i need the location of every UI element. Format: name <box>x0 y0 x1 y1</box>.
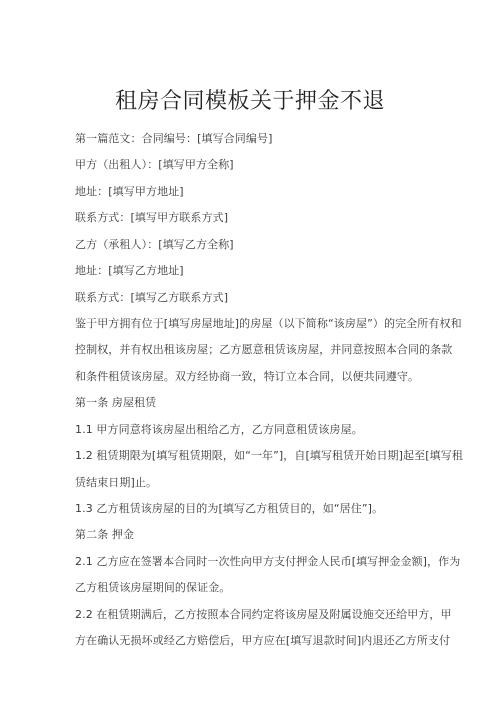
clause-2-2-b: 方在确认无损坏或经乙方赔偿后，甲方应在[填写退款时间]内退还乙方所支付 <box>75 632 450 648</box>
line-party-a-name: 甲方（出租人）：[填写甲方全称] <box>75 156 234 172</box>
line-party-a-contact: 联系方式：[填写甲方联系方式] <box>75 209 228 225</box>
document-title: 租房合同模板关于押金不退 <box>0 84 500 115</box>
clause-2-1-a: 2.1 乙方应在签署本合同时一次性向甲方支付押金人民币[填写押金金额]，作为 <box>75 553 460 569</box>
line-party-a-address: 地址：[填写甲方地址] <box>75 183 184 199</box>
line-party-b-address: 地址：[填写乙方地址] <box>75 262 184 278</box>
clause-1-1: 1.1 甲方同意将该房屋出租给乙方，乙方同意租赁该房屋。 <box>75 421 363 437</box>
line-preamble-2: 控制权，并有权出租该房屋；乙方愿意租赁该房屋，并同意按照本合同的条款 <box>75 341 452 357</box>
document-page: 租房合同模板关于押金不退 第一篇范文：合同编号：[填写合同编号] 甲方（出租人）… <box>0 0 500 707</box>
clause-2-1-b: 乙方租赁该房屋期间的保证金。 <box>75 579 230 595</box>
line-contract-number: 第一篇范文：合同编号：[填写合同编号] <box>75 130 272 146</box>
clause-1-2-a: 1.2 租赁期限为[填写租赁期限，如“一年”]，自[填写租赁开始日期]起至[填写… <box>75 447 463 463</box>
article-1-heading: 第一条 房屋租赁 <box>75 394 156 410</box>
line-preamble-1: 鉴于甲方拥有位于[填写房屋地址]的房屋（以下简称“该房屋”）的完全所有权和 <box>75 315 462 331</box>
clause-1-3: 1.3 乙方租赁该房屋的目的为[填写乙方租赁目的，如“居住”]。 <box>75 500 383 516</box>
clause-2-2-a: 2.2 在租赁期满后，乙方按照本合同约定将该房屋及附属设施交还给甲方，甲 <box>75 606 452 622</box>
article-2-heading: 第二条 押金 <box>75 526 134 542</box>
line-preamble-3: 和条件租赁该房屋。双方经协商一致，特订立本合同，以便共同遵守。 <box>75 368 419 384</box>
line-party-b-contact: 联系方式：[填写乙方联系方式] <box>75 289 228 305</box>
clause-1-2-b: 赁结束日期]止。 <box>75 474 157 490</box>
line-party-b-name: 乙方（承租人）：[填写乙方全称] <box>75 236 234 252</box>
